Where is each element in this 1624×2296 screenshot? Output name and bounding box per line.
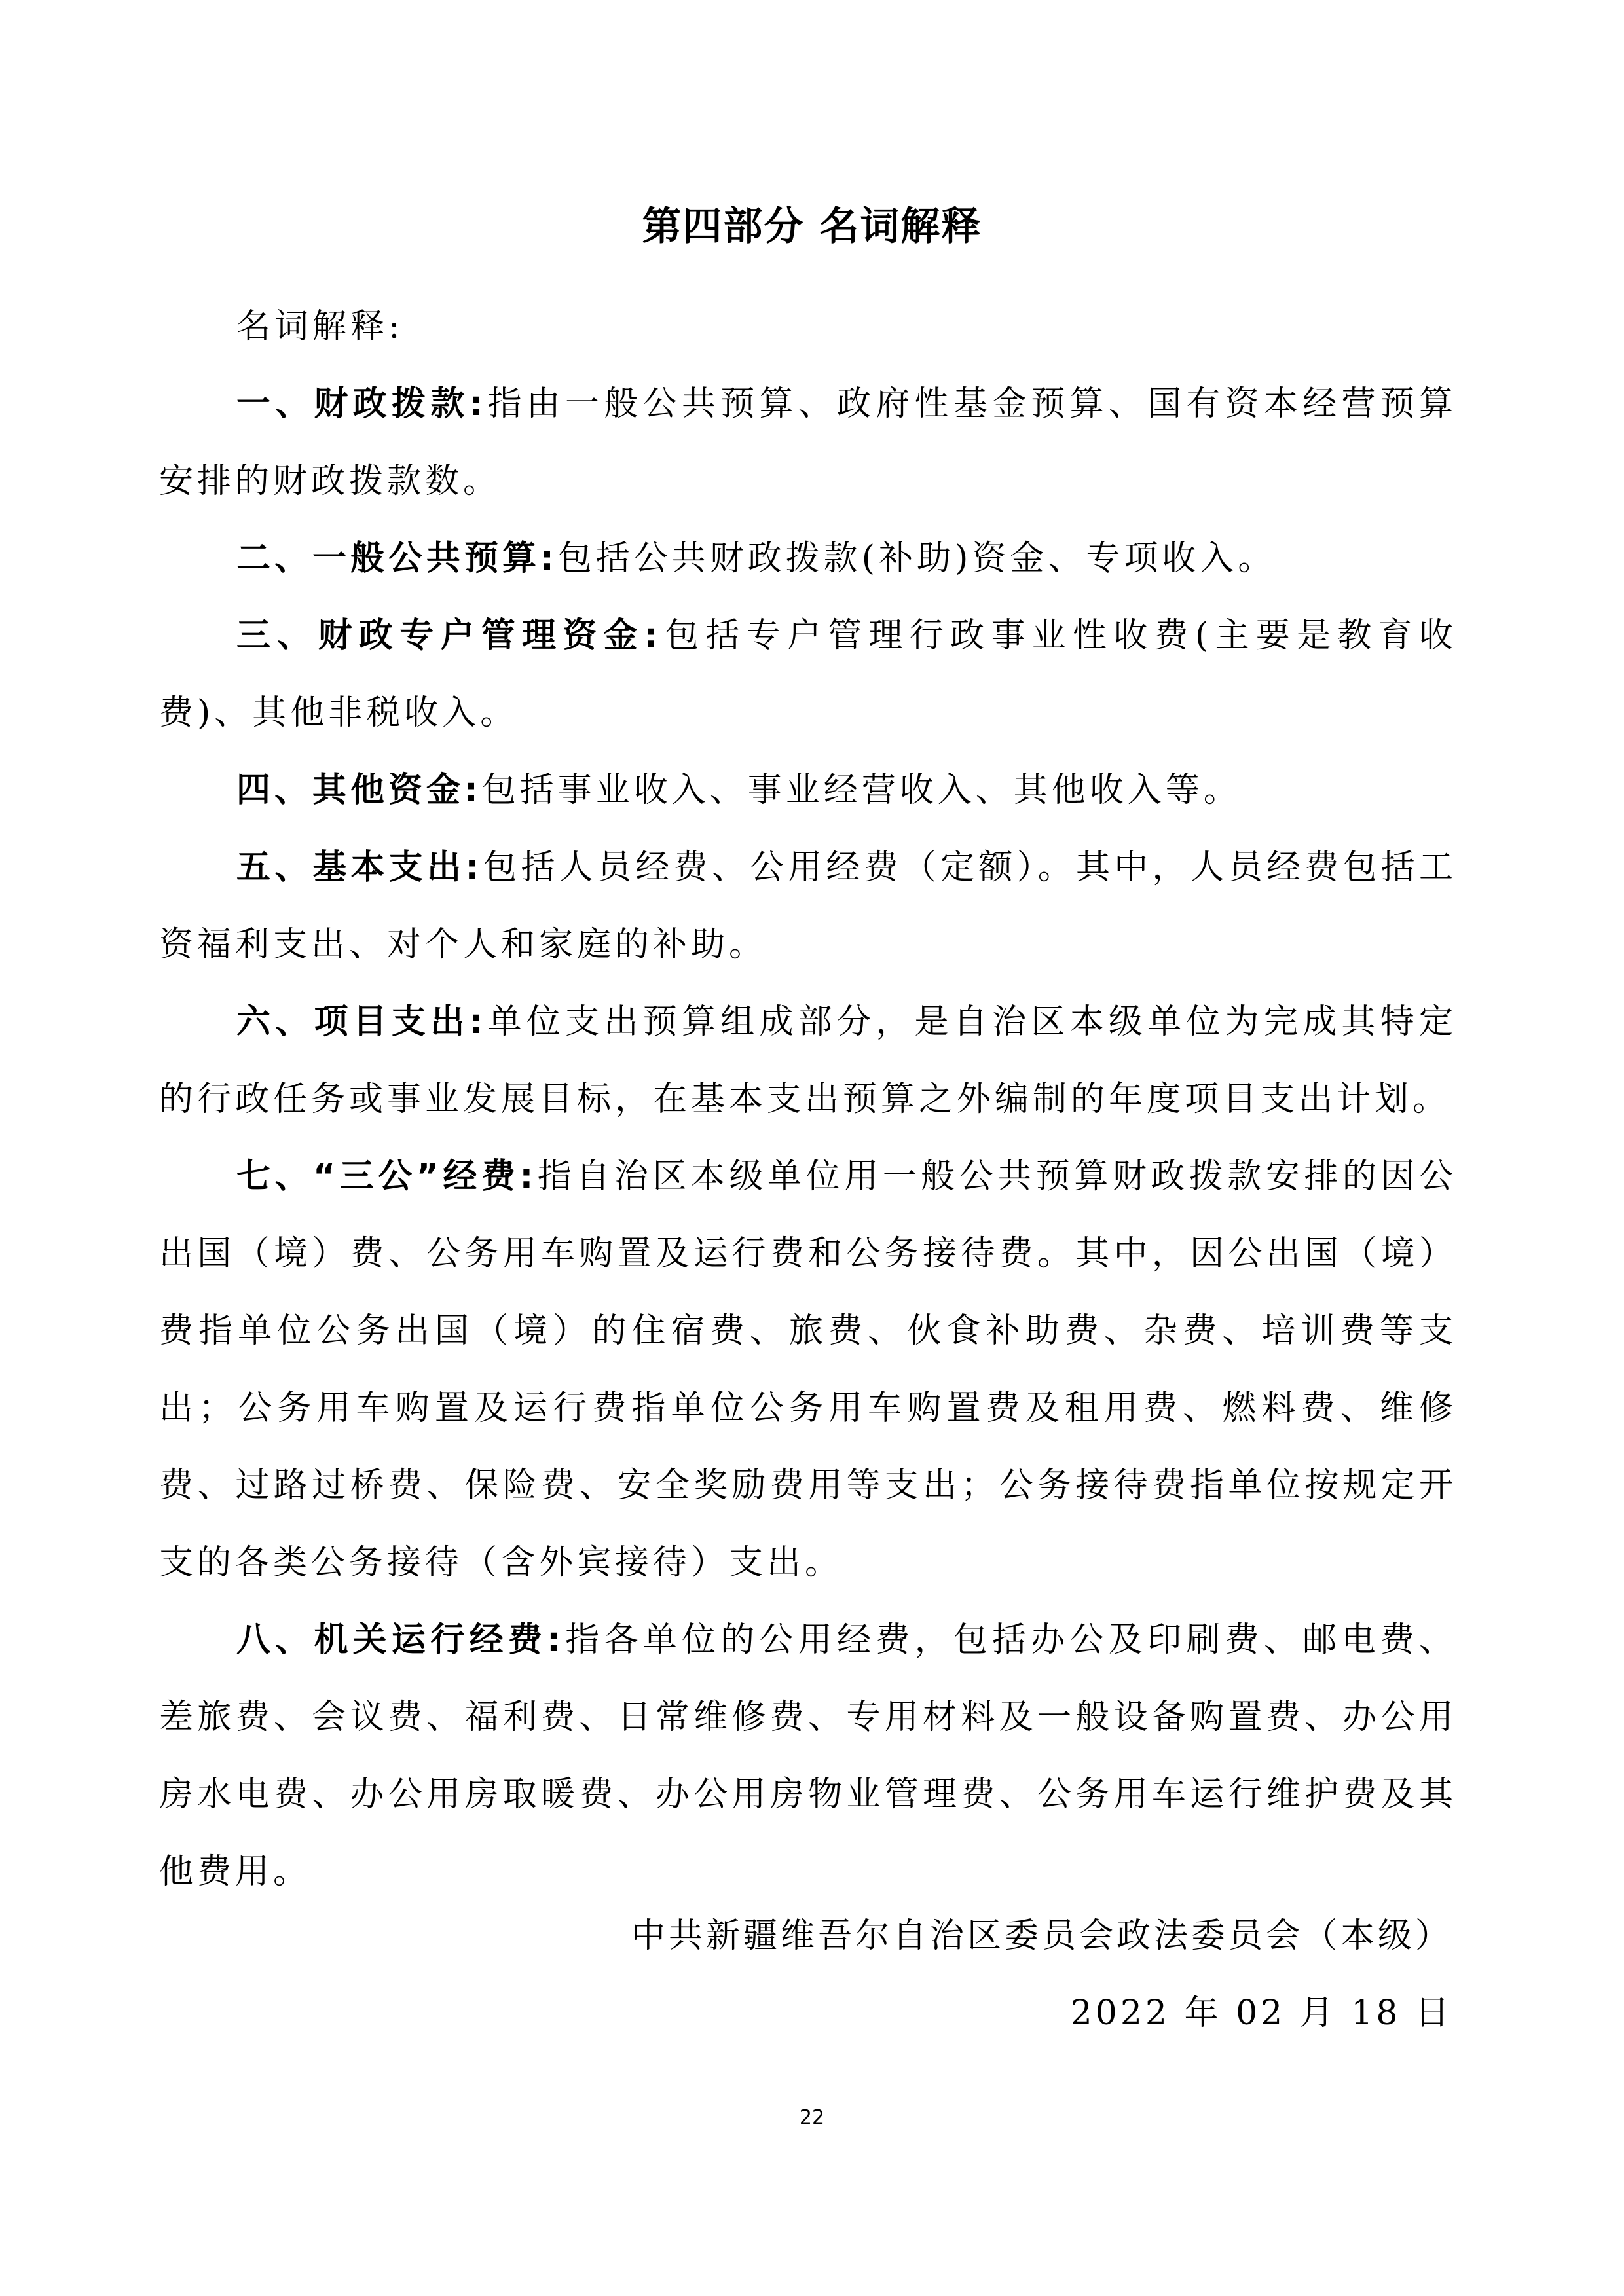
page-title: 第四部分 名词解释	[0, 194, 1624, 259]
definition-term: 七、“三公”经费:	[236, 1157, 537, 1196]
issue-date: 2022 年 02 月 18 日	[1071, 1975, 1452, 2052]
definition-paragraph-4: 四、其他资金:包括事业收入、事业经营收入、其他收入等。	[159, 752, 1457, 829]
definition-paragraph-3: 三、财政专户管理资金:包括专户管理行政事业性收费(主要是教育收费)、其他非税收入…	[159, 597, 1457, 752]
definition-term: 四、其他资金:	[236, 771, 482, 810]
definition-paragraph-2: 二、一般公共预算:包括公共财政拨款(补助)资金、专项收入。	[159, 520, 1457, 597]
definition-text: 指自治区本级单位用一般公共预算财政拨款安排的因公出国（境）费、公务用车购置及运行…	[159, 1157, 1457, 1582]
definition-paragraph-6: 六、项目支出:单位支出预算组成部分，是自治区本级单位为完成其特定的行政任务或事业…	[159, 983, 1457, 1138]
definition-text: 包括公共财政拨款(补助)资金、专项收入。	[558, 539, 1276, 578]
definition-term: 三、财政专户管理资金:	[236, 616, 662, 655]
definition-paragraph-7: 七、“三公”经费:指自治区本级单位用一般公共预算财政拨款安排的因公出国（境）费、…	[159, 1138, 1457, 1601]
definition-term: 一、财政拨款:	[236, 384, 487, 424]
page-number: 22	[0, 2105, 1624, 2131]
issuer-signature: 中共新疆维吾尔自治区委员会政法委员会（本级）	[631, 1897, 1452, 1975]
document-body: 名词解释: 一、财政拨款:指由一般公共预算、政府性基金预算、国有资本经营预算安排…	[159, 288, 1457, 1910]
definition-text: 指各单位的公用经费，包括办公及印刷费、邮电费、差旅费、会议费、福利费、日常维修费…	[159, 1620, 1457, 1891]
definition-term: 五、基本支出:	[236, 848, 483, 887]
definition-term: 二、一般公共预算:	[236, 539, 558, 578]
definition-text: 包括事业收入、事业经营收入、其他收入等。	[482, 771, 1242, 810]
definition-paragraph-5: 五、基本支出:包括人员经费、公用经费（定额）。其中，人员经费包括工资福利支出、对…	[159, 829, 1457, 983]
definition-paragraph-8: 八、机关运行经费:指各单位的公用经费，包括办公及印刷费、邮电费、差旅费、会议费、…	[159, 1601, 1457, 1910]
definition-paragraph-1: 一、财政拨款:指由一般公共预算、政府性基金预算、国有资本经营预算安排的财政拨款数…	[159, 365, 1457, 520]
definition-term: 八、机关运行经费:	[236, 1620, 564, 1660]
definition-term: 六、项目支出:	[236, 1002, 487, 1042]
intro-paragraph: 名词解释:	[159, 288, 1457, 365]
